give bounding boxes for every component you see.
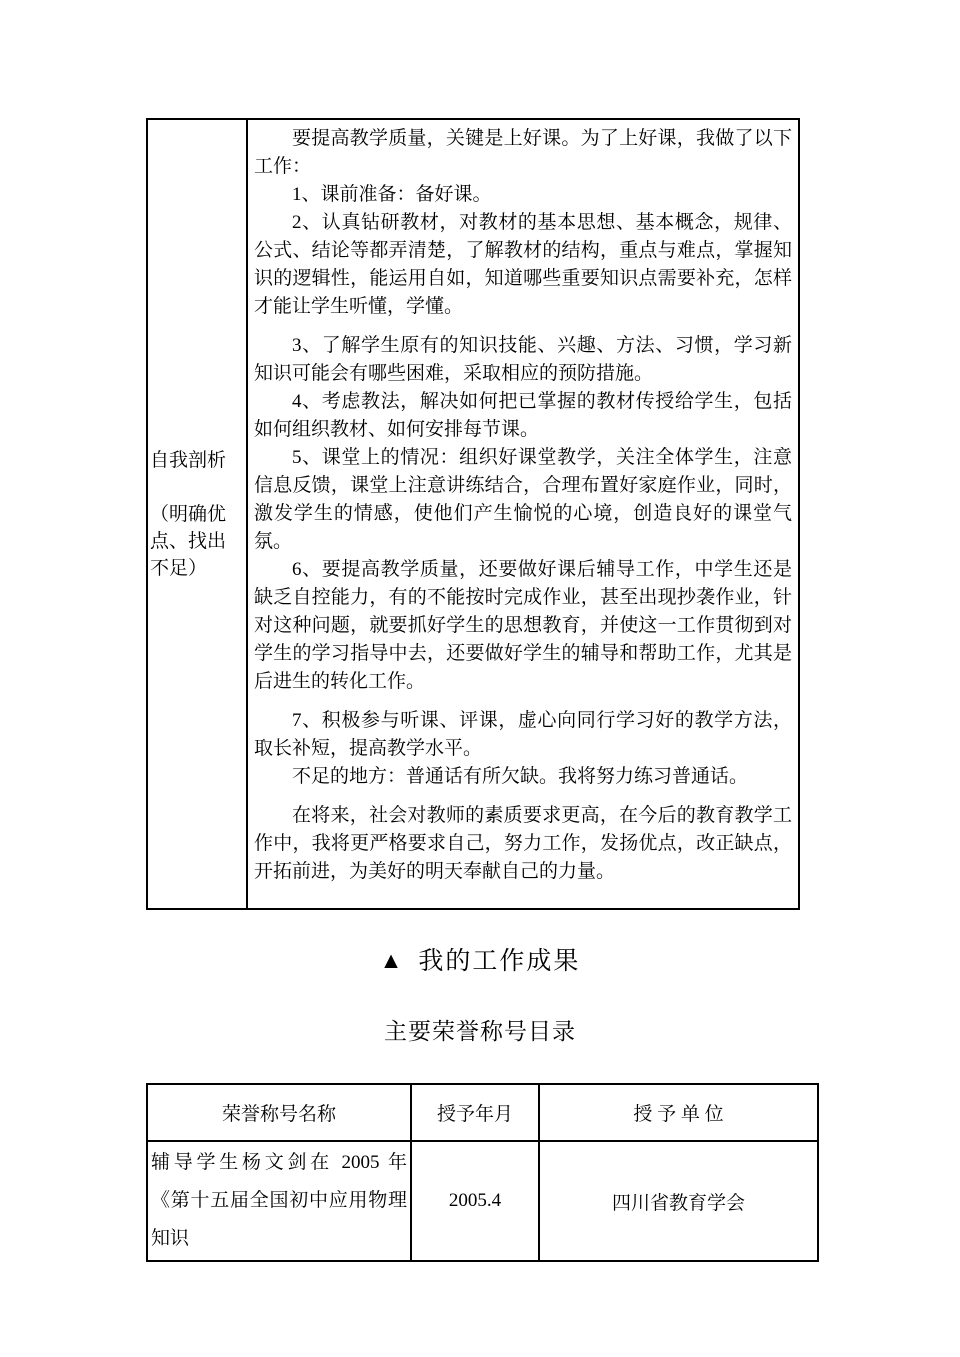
analysis-content-cell: 要提高教学质量，关键是上好课。为了上好课，我做了以下工作： 1、课前准备：备好课… [248,120,798,908]
honors-header-org: 授 予 单 位 [539,1084,818,1141]
self-analysis-table: 自我剖析 （明确优点、找出不足） 要提高教学质量，关键是上好课。为了上好课，我做… [146,118,800,910]
honors-header-row: 荣誉称号名称 授予年月 授 予 单 位 [147,1084,818,1141]
analysis-paragraph: 7、积极参与听课、评课，虚心向同行学习好的教学方法，取长补短，提高教学水平。 [254,707,792,763]
analysis-paragraph: 2、认真钻研教材，对教材的基本思想、基本概念，规律、公式、结论等都弄清楚，了解教… [254,209,792,321]
honors-header-date: 授予年月 [411,1084,539,1141]
analysis-paragraph: 不足的地方：普通话有所欠缺。我将努力练习普通话。 [254,763,792,791]
analysis-paragraph: 5、课堂上的情况：组织好课堂教学，关注全体学生，注意信息反馈，课堂上注意讲练结合… [254,444,792,556]
subsection-title: 主要荣誉称号目录 [0,1013,960,1046]
honors-header-name: 荣誉称号名称 [147,1084,411,1141]
analysis-paragraph: 1、课前准备：备好课。 [254,181,792,209]
triangle-bullet-icon: ▲ [380,948,405,974]
honors-data-row: 辅导学生杨文剑在 2005 年《第十五届全国初中应用物理知识 2005.4 四川… [147,1141,818,1261]
analysis-row-label: 自我剖析 （明确优点、找出不足） [150,447,244,582]
analysis-paragraph: 3、了解学生原有的知识技能、兴趣、方法、习惯，学习新知识可能会有哪些困难，采取相… [254,332,792,388]
analysis-paragraph: 6、要提高教学质量，还要做好课后辅导工作，中学生还是缺乏自控能力，有的不能按时完… [254,556,792,696]
document-page: 自我剖析 （明确优点、找出不足） 要提高教学质量，关键是上好课。为了上好课，我做… [0,0,960,1357]
honor-date-cell: 2005.4 [411,1141,539,1261]
analysis-paragraph: 在将来，社会对教师的素质要求更高，在今后的教育教学工作中，我将更严格要求自己，努… [254,802,792,886]
honors-table: 荣誉称号名称 授予年月 授 予 单 位 辅导学生杨文剑在 2005 年《第十五届… [146,1083,819,1262]
honor-name-cell: 辅导学生杨文剑在 2005 年《第十五届全国初中应用物理知识 [147,1141,411,1261]
analysis-label-cell: 自我剖析 （明确优点、找出不足） [148,120,248,908]
analysis-paragraph: 4、考虑教法，解决如何把已掌握的教材传授给学生，包括如何组织教材、如何安排每节课… [254,388,792,444]
analysis-paragraph: 要提高教学质量，关键是上好课。为了上好课，我做了以下工作： [254,125,792,181]
section-title-text: 我的工作成果 [418,948,580,975]
section-title: ▲我的工作成果 [0,941,960,977]
honor-org-cell: 四川省教育学会 [539,1141,818,1261]
